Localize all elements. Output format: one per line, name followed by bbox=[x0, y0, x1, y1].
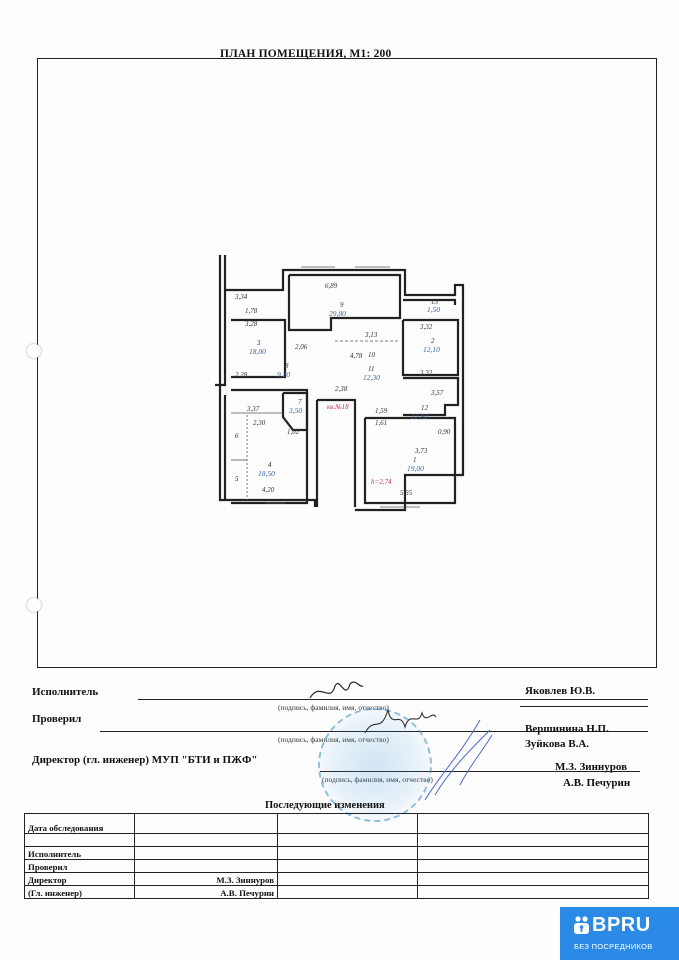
svg-text:1,61: 1,61 bbox=[375, 419, 387, 427]
svg-text:4: 4 bbox=[268, 461, 272, 469]
changes-row-label: Директор bbox=[25, 873, 135, 886]
executor-signature-line bbox=[138, 699, 648, 700]
brand-name: BPRU bbox=[592, 914, 651, 937]
area-room-13: 1,50 bbox=[427, 305, 440, 314]
ceiling-height: h=2,74 bbox=[371, 478, 392, 486]
changes-row-label: Проверил bbox=[25, 860, 135, 873]
svg-text:1,02: 1,02 bbox=[287, 428, 300, 436]
brand-tagline: БЕЗ ПОСРЕДНИКОВ bbox=[574, 942, 653, 951]
svg-text:3,32: 3,32 bbox=[419, 323, 433, 331]
executor-label: Исполнитель bbox=[32, 686, 98, 698]
svg-text:3,32: 3,32 bbox=[419, 369, 433, 377]
area-room-12: 12,90 bbox=[411, 412, 428, 421]
svg-text:3,28: 3,28 bbox=[244, 320, 258, 328]
svg-text:5: 5 bbox=[235, 475, 239, 483]
floor-plan-drawing: 9 29,80 3 18,00 8 9,20 10 11 12,30 2 12,… bbox=[205, 245, 475, 520]
svg-text:2,28: 2,28 bbox=[235, 371, 248, 379]
director-name-1: М.З. Зиннуров bbox=[555, 761, 627, 773]
people-keyhole-icon bbox=[573, 916, 590, 935]
apartment-label: кв.№18 bbox=[327, 403, 349, 411]
changes-title: Последующие изменения bbox=[265, 800, 385, 811]
changes-row-label: Дата обследования bbox=[25, 814, 135, 834]
svg-text:0,90: 0,90 bbox=[438, 428, 451, 436]
svg-text:6,89: 6,89 bbox=[325, 282, 338, 290]
changes-table: Дата обследования Исполнитель Проверил Д… bbox=[24, 813, 649, 899]
table-row: Дата обследования bbox=[25, 814, 649, 834]
svg-text:4,78: 4,78 bbox=[350, 352, 363, 360]
svg-text:6: 6 bbox=[235, 432, 239, 440]
area-room-4: 18,50 bbox=[258, 469, 275, 478]
svg-text:2,06: 2,06 bbox=[295, 343, 308, 351]
changes-row-label: (Гл. инженер) bbox=[25, 886, 135, 899]
executor-name: Яковлев Ю.В. bbox=[525, 685, 595, 697]
svg-text:3,34: 3,34 bbox=[234, 293, 248, 301]
director-label: Директор (гл. инженер) МУП "БТИ и ПЖФ" bbox=[32, 754, 258, 766]
changes-row-label bbox=[25, 834, 135, 847]
svg-text:1: 1 bbox=[413, 456, 417, 464]
document-page: ПЛАН ПОМЕЩЕНИЯ, М1: 200 bbox=[0, 0, 679, 960]
punch-hole bbox=[27, 344, 41, 358]
svg-text:10: 10 bbox=[368, 351, 376, 359]
svg-text:2: 2 bbox=[431, 337, 435, 345]
area-room-11: 12,30 bbox=[363, 373, 380, 382]
svg-text:3,73: 3,73 bbox=[414, 447, 428, 455]
executor-signature bbox=[305, 676, 365, 706]
area-room-8: 9,20 bbox=[277, 370, 290, 379]
svg-text:2,38: 2,38 bbox=[335, 385, 348, 393]
svg-text:1,59: 1,59 bbox=[375, 407, 388, 415]
table-row: Исполнитель bbox=[25, 847, 649, 860]
area-room-2: 12,10 bbox=[423, 345, 440, 354]
svg-text:3,37: 3,37 bbox=[246, 405, 260, 413]
svg-text:7: 7 bbox=[298, 398, 302, 406]
area-room-3: 18,00 bbox=[249, 347, 266, 356]
svg-text:3,13: 3,13 bbox=[364, 331, 378, 339]
svg-text:9: 9 bbox=[340, 301, 344, 309]
area-room-1: 19,00 bbox=[407, 464, 424, 473]
floor-plan: 9 29,80 3 18,00 8 9,20 10 11 12,30 2 12,… bbox=[205, 245, 475, 520]
changes-row-value: М.З. Зиннуров bbox=[135, 873, 278, 886]
svg-text:3: 3 bbox=[256, 339, 261, 347]
table-row bbox=[25, 834, 649, 847]
svg-text:4,20: 4,20 bbox=[262, 486, 275, 494]
changes-row-value: А.В. Печурин bbox=[135, 886, 278, 899]
svg-text:8: 8 bbox=[285, 362, 289, 370]
table-row: Директор М.З. Зиннуров bbox=[25, 873, 649, 886]
svg-text:1,78: 1,78 bbox=[245, 307, 258, 315]
punch-hole bbox=[27, 598, 41, 612]
table-row: Проверил bbox=[25, 860, 649, 873]
bpru-watermark[interactable]: BPRU БЕЗ ПОСРЕДНИКОВ bbox=[560, 907, 679, 960]
director-signature bbox=[420, 715, 500, 805]
svg-text:3,57: 3,57 bbox=[430, 389, 444, 397]
svg-text:2,30: 2,30 bbox=[253, 419, 266, 427]
area-room-9: 29,80 bbox=[329, 309, 346, 318]
checked-label: Проверил bbox=[32, 713, 81, 725]
svg-text:12: 12 bbox=[421, 404, 429, 412]
svg-text:5,35: 5,35 bbox=[400, 489, 413, 497]
table-row: (Гл. инженер) А.В. Печурин bbox=[25, 886, 649, 899]
checked-name-2: Зуйкова В.А. bbox=[525, 738, 589, 750]
changes-row-label: Исполнитель bbox=[25, 847, 135, 860]
executor-name-underline bbox=[520, 706, 648, 707]
area-room-7: 3,50 bbox=[288, 406, 302, 415]
director-name-2: А.В. Печурин bbox=[563, 777, 630, 789]
checked-name-1: Вершинина Н.П. bbox=[525, 723, 609, 735]
svg-text:11: 11 bbox=[368, 365, 374, 373]
